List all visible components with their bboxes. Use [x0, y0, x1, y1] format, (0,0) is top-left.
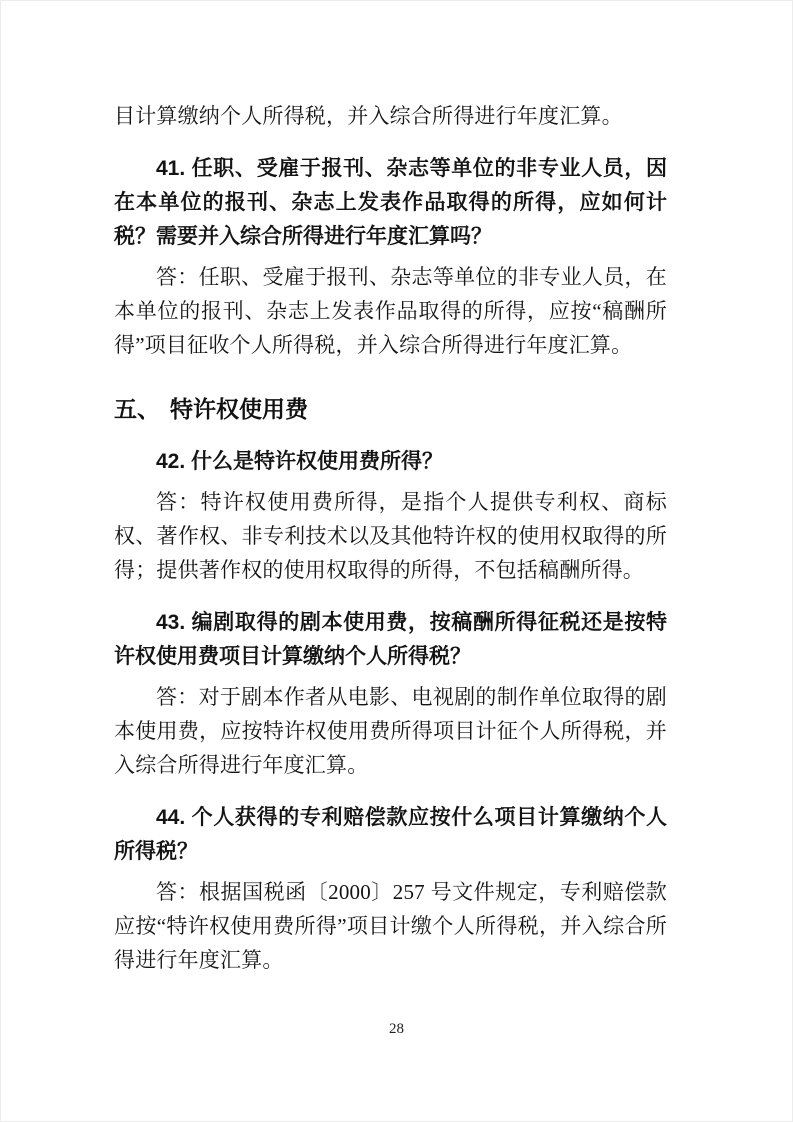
answer-41: 答：任职、受雇于报刊、杂志等单位的非专业人员，在本单位的报刊、杂志上发表作品取得… [114, 260, 667, 362]
answer-44: 答：根据国税函〔2000〕257 号文件规定，专利赔偿款应按“特许权使用费所得”… [114, 875, 667, 977]
continuation-paragraph: 目计算缴纳个人所得税，并入综合所得进行年度汇算。 [114, 99, 667, 133]
answer-42: 答：特许权使用费所得，是指个人提供专利权、商标权、著作权、非专利技术以及其他特许… [114, 485, 667, 587]
page-footer: 28 [1, 1019, 792, 1039]
question-44: 44. 个人获得的专利赔偿款应按什么项目计算缴纳个人所得税？ [114, 801, 667, 869]
question-42: 42. 什么是特许权使用费所得？ [114, 445, 667, 479]
document-page: 目计算缴纳个人所得税，并入综合所得进行年度汇算。 41. 任职、受雇于报刊、杂志… [0, 0, 793, 1122]
section-5-title: 特许权使用费 [170, 396, 308, 422]
question-41: 41. 任职、受雇于报刊、杂志等单位的非专业人员，因在本单位的报刊、杂志上发表作… [114, 152, 667, 254]
question-43: 43. 编剧取得的剧本使用费，按稿酬所得征税还是按特许权使用费项目计算缴纳个人所… [114, 606, 667, 674]
section-5-heading: 五、特许权使用费 [114, 392, 667, 426]
section-5-numeral: 五、 [114, 396, 160, 422]
page-number: 28 [389, 1021, 404, 1037]
answer-43: 答：对于剧本作者从电影、电视剧的制作单位取得的剧本使用费，应按特许权使用费所得项… [114, 680, 667, 782]
